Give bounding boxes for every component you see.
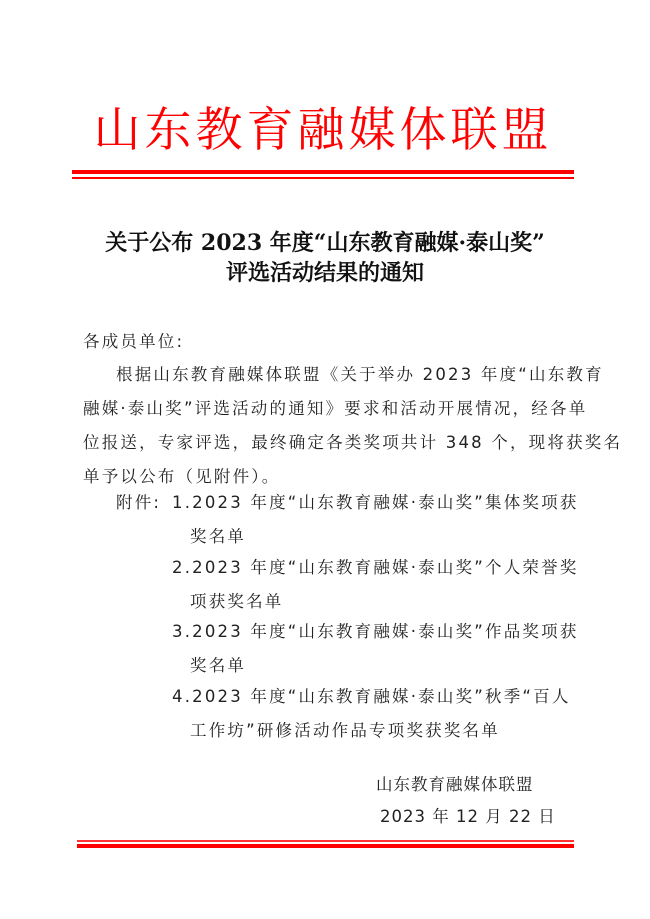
attachments-label: 附件:	[116, 486, 161, 520]
salutation: 各成员单位:	[83, 325, 184, 359]
attachment-line: 4.2023 年度“山东教育融媒·泰山奖”秋季“百人	[172, 680, 571, 714]
attachment-line: 工作坊”研修活动作品专项奖获奖名单	[172, 714, 571, 748]
paragraph-line: 位报送，专家评选，最终确定各类奖项共计 348 个，现将获奖名	[83, 426, 622, 460]
attachment-line: 奖名单	[172, 520, 579, 554]
paragraph-line: 根据山东教育融媒体联盟《关于举办 2023 年度“山东教育	[83, 358, 622, 392]
attachment-line: 2.2023 年度“山东教育融媒·泰山奖”个人荣誉奖	[172, 551, 579, 585]
attachment-line: 3.2023 年度“山东教育融媒·泰山奖”作品奖项获	[172, 615, 579, 649]
attachment-item-1: 1.2023 年度“山东教育融媒·泰山奖”集体奖项获 奖名单	[172, 486, 579, 554]
paragraph-line: 融媒·泰山奖”评选活动的通知》要求和活动开展情况，经各单	[83, 392, 622, 426]
attachment-item-3: 3.2023 年度“山东教育融媒·泰山奖”作品奖项获 奖名单	[172, 615, 579, 683]
body-paragraph: 根据山东教育融媒体联盟《关于举办 2023 年度“山东教育 融媒·泰山奖”评选活…	[83, 358, 622, 494]
footer-rule-thick	[77, 844, 574, 848]
attachment-line: 项获奖名单	[172, 585, 579, 619]
attachment-item-2: 2.2023 年度“山东教育融媒·泰山奖”个人荣誉奖 项获奖名单	[172, 551, 579, 619]
masthead-rule-thin	[72, 177, 574, 179]
attachment-line: 奖名单	[172, 649, 579, 683]
attachment-line: 1.2023 年度“山东教育融媒·泰山奖”集体奖项获	[172, 486, 579, 520]
document-title-line-2: 评选活动结果的通知	[60, 258, 590, 288]
attachment-item-4: 4.2023 年度“山东教育融媒·泰山奖”秋季“百人 工作坊”研修活动作品专项奖…	[172, 680, 571, 748]
masthead-title: 山东教育融媒体联盟	[72, 103, 574, 159]
footer-rule-thin	[77, 840, 574, 842]
document-title-line-1: 关于公布 2023 年度“山东教育融媒·泰山奖”	[60, 228, 590, 258]
masthead-rule-thick	[72, 170, 574, 174]
signature-date: 2023 年 12 月 22 日	[380, 800, 556, 834]
signature-organization: 山东教育融媒体联盟	[376, 768, 534, 802]
